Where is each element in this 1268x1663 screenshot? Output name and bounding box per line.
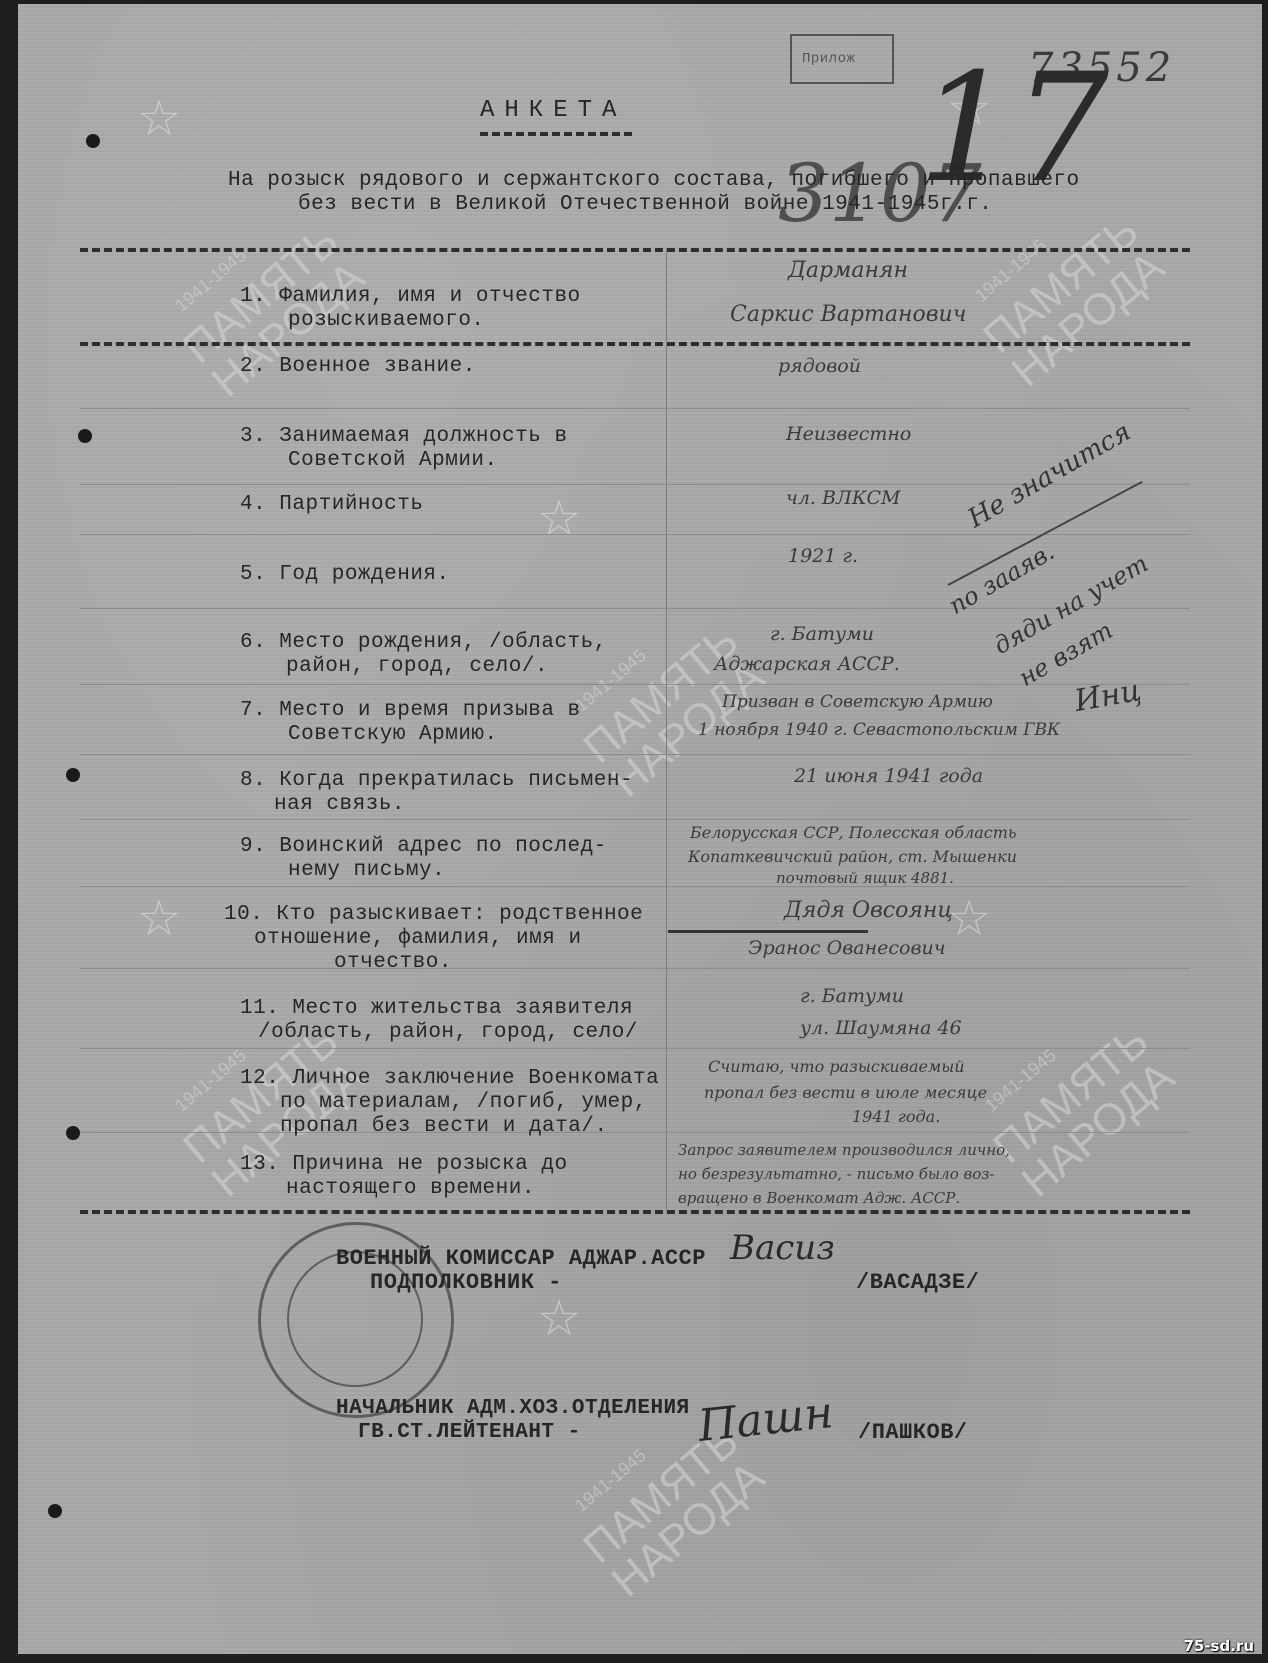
margin-note-initials: Инц [1072,673,1144,719]
field-label-12b: по материалам, /погиб, умер, [280,1090,647,1116]
dashed-separator [80,1210,1190,1214]
chief-name: /ПАШКОВ/ [858,1420,968,1446]
dashed-separator [80,248,1190,252]
row-line [80,968,1190,969]
field-value-last-letter-date: 21 июня 1941 года [794,764,983,789]
field-label-9: 9. Воинский адрес по послед- [240,834,607,860]
star-watermark-icon: ☆ [948,884,990,954]
field-value-birthplace-city: г. Батуми [770,622,874,647]
field-label-11: 11. Место жительства заявителя [240,996,633,1022]
field-value-surname: Дарманян [788,258,908,283]
archive-stamp-box: Прилож [790,34,894,84]
field-label-1: 1. Фамилия, имя и отчество [240,284,581,310]
column-divider [666,248,667,1210]
field-label-7b: Советскую Армию. [288,722,498,748]
field-label-2: 2. Военное звание. [240,354,476,380]
handwritten-underline [668,930,868,933]
row-line [80,534,1190,535]
field-label-1b: розыскиваемого. [288,308,485,334]
field-value-searcher-1: Дядя Овсоянц [784,898,953,923]
star-watermark-icon: ☆ [138,884,180,954]
punch-hole [86,134,100,148]
field-label-6: 6. Место рождения, /область, [240,630,607,656]
field-value-conscription-1: Призван в Советскую Армию [722,690,993,715]
punch-hole [66,768,80,782]
field-label-11b: /область, район, город, село/ [258,1020,638,1046]
field-value-searcher-2: Эранос Ованесович [748,936,946,961]
commissar-signature: Васиз [730,1228,835,1268]
field-value-conclusion-1: Считаю, что разыскиваемый [708,1054,965,1079]
punch-hole [66,1126,80,1140]
row-line [80,1048,1190,1049]
field-label-5: 5. Год рождения. [240,562,450,588]
field-value-conclusion-3: 1941 года. [852,1104,940,1129]
field-value-party: чл. ВЛКСМ [786,486,901,511]
field-value-conscription-2: 1 ноября 1940 г. Севастопольским ГВК [698,718,1060,743]
commissar-title: ВОЕННЫЙ КОМИССАР АДЖАР.АССР [336,1246,706,1272]
field-value-position: Неизвестно [786,422,911,447]
field-label-8: 8. Когда прекратилась письмен- [240,768,633,794]
row-line [80,1132,1190,1133]
punch-hole [78,429,92,443]
field-value-reason-1: Запрос заявителем производился лично, [678,1138,1010,1163]
row-line [80,819,1190,820]
field-value-residence-street: ул. Шаумяна 46 [800,1016,962,1041]
chief-signature: Пашн [696,1387,836,1452]
star-watermark-icon: ☆ [138,84,180,154]
field-value-reason-3: вращено в Военкомат Адж. АССР. [678,1186,960,1211]
title-underline [480,132,632,136]
field-value-name: Саркис Вартанович [730,302,966,327]
row-line [80,408,1190,409]
field-value-rank: рядовой [778,354,861,379]
field-value-birth-year: 1921 г. [788,544,858,569]
document-page: ☆ 1941-1945 ПАМЯТЬ НАРОДА ☆ 1941-1945 ПА… [18,4,1262,1654]
field-value-address-1: Белорусская ССР, Полесская область [690,820,1017,845]
field-label-10: 10. Кто разыскивает: родственное [224,902,643,928]
row-line [80,886,1190,887]
field-value-address-3: почтовый ящик 4881. [776,866,954,891]
site-label: 75-sd.ru [1183,1637,1254,1655]
field-label-10c: отчество. [334,950,452,976]
row-line [80,754,1190,755]
chief-title: НАЧАЛЬНИК АДМ.ХОЗ.ОТДЕЛЕНИЯ [336,1396,690,1422]
page-title: АНКЕТА [480,98,626,124]
commissar-name: /ВАСАДЗЕ/ [856,1270,979,1296]
punch-hole [48,1504,62,1518]
field-label-9b: нему письму. [288,858,445,884]
row-line [80,608,1190,609]
chief-rank: ГВ.СТ.ЛЕЙТЕНАНТ - [358,1420,581,1446]
field-label-13: 13. Причина не розыска до [240,1152,568,1178]
field-label-6b: район, город, село/. [286,654,548,680]
star-watermark-icon: ☆ [538,484,580,554]
field-label-3b: Советской Армии. [288,448,498,474]
dashed-separator [80,342,1190,346]
subtitle-line2: без вести в Великой Отечественной войне … [298,192,992,218]
commissar-rank: ПОДПОЛКОВНИК - [370,1270,562,1296]
field-value-conclusion-2: пропал без вести в июле месяце [704,1080,987,1105]
field-label-7: 7. Место и время призыва в [240,698,581,724]
field-label-8b: ная связь. [274,792,405,818]
field-value-residence-city: г. Батуми [800,984,904,1009]
field-label-12: 12. Личное заключение Военкомата [240,1066,659,1092]
subtitle-line1: На розыск рядового и сержантского состав… [228,168,1080,194]
field-value-birthplace-region: Аджарская АССР. [714,652,900,677]
margin-note-line1: Не значится [963,417,1136,534]
field-label-3: 3. Занимаемая должность в [240,424,568,450]
field-label-4: 4. Партийность [240,492,423,518]
field-label-12c: пропал без вести и дата/. [280,1114,608,1140]
field-value-reason-2: но безрезультатно, - письмо было воз- [678,1162,995,1187]
field-label-13b: настоящего времени. [286,1176,535,1202]
field-label-10b: отношение, фамилия, имя и [254,926,582,952]
